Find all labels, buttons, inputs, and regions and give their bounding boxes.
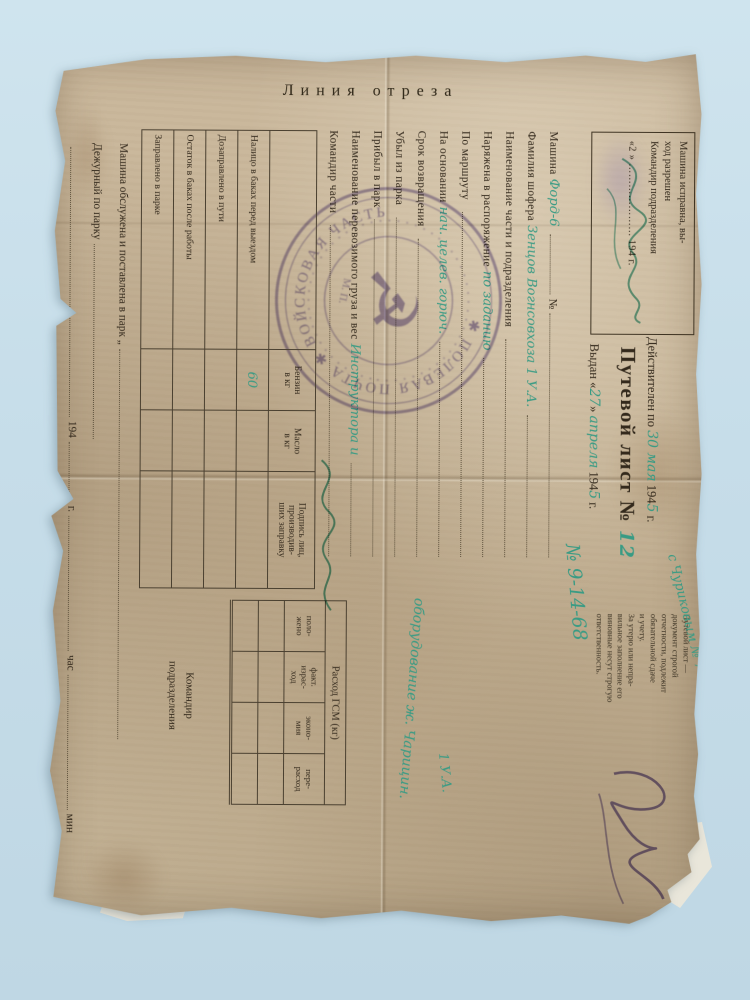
fuel-cell (171, 470, 204, 587)
fuel-cell (203, 471, 236, 588)
service-year: 194 (65, 420, 77, 437)
issued-label: Выдан « (587, 343, 601, 388)
gsm-empty-row (230, 600, 258, 804)
field-label: По маршруту (459, 130, 471, 199)
field-label: Машина (547, 131, 559, 174)
field-handwriting: Форд-6 (545, 178, 560, 226)
fuel-cell (236, 410, 268, 471)
col-header-benzin: Бензин в кг (268, 349, 315, 410)
gsm-cell (230, 651, 257, 702)
issued-month-handwriting: апреля (585, 415, 601, 468)
fuel-cell (139, 470, 172, 587)
fuel-row: Заправлено в парке (139, 129, 173, 587)
fuel-cell (140, 348, 172, 409)
issued-year-handwriting: 5 (585, 490, 601, 499)
issued-year: 194 (586, 471, 600, 490)
service-label: Машина обслужена и поставлена в парк „ (116, 143, 129, 345)
dotted-leader (67, 515, 79, 650)
dotted-leader (350, 463, 363, 556)
issued-day-handwriting: 27 (585, 388, 601, 406)
fuel-cell (172, 409, 204, 470)
waybill-number-handwriting: 12 (615, 529, 637, 559)
handwriting-cargo-continuation: оборудование ж. Чарицин. (395, 597, 426, 799)
valid-year-handwriting: 5 (643, 503, 659, 512)
hour-label: час (64, 654, 76, 670)
fuel-cell (204, 349, 236, 410)
purple-signature (583, 753, 694, 914)
row-label: Дозаправлено в пути (204, 130, 237, 349)
gsm-col-actual: факт. израс- ход (283, 651, 324, 702)
gsm-cell (257, 753, 283, 804)
issued-quote: » (586, 406, 600, 412)
field-machine: Машина Форд-6 № (539, 131, 563, 561)
dotted-leader (117, 348, 132, 738)
paper: Линия отреза Машина исправна, вы- ход ра… (46, 50, 706, 923)
service-line: Машина обслужена и поставлена в парк „ (114, 143, 133, 743)
service-date-line: 194 г. час мин (63, 142, 81, 832)
dotted-leader (504, 339, 518, 557)
gsm-empty-row (257, 600, 284, 804)
dotted-leader (68, 146, 80, 416)
gsm-cell (230, 702, 257, 753)
valid-label: Действителен по (644, 336, 658, 426)
document-title: Путевой лист № 12 (614, 346, 640, 559)
valid-year-suffix: г. (644, 515, 658, 522)
commander-signature-block: Командир подразделения (163, 607, 197, 783)
valid-until-line: Действителен по 30 мая 1945 г. (643, 336, 660, 522)
field-handwriting: Зенцов Вогнсовхоза 1 У.А. (522, 225, 538, 407)
fuel-cell (204, 410, 236, 471)
paper-stain (80, 838, 166, 914)
dotted-leader (66, 674, 78, 809)
row-label: Остаток в баках после работы (172, 129, 205, 348)
gsm-col-overrun: пере- расход (283, 753, 324, 804)
dotted-leader (549, 234, 562, 294)
gsm-col-economy: эконо- мия (283, 702, 324, 753)
dotted-leader (548, 313, 562, 557)
valid-date-handwriting: 30 мая (643, 430, 659, 482)
photo-background: Линия отреза Машина исправна, вы- ход ра… (0, 0, 750, 1000)
handwriting-army-note: 1 У.А. (435, 752, 454, 793)
gsm-consumption-table: Расход ГСМ (кг) поло- жено факт. израс- … (228, 599, 346, 805)
dotted-leader (526, 415, 540, 557)
gsm-header-row: поло- жено факт. израс- ход эконо- мия п… (283, 600, 325, 804)
fuel-corner-cell (268, 130, 316, 349)
field-driver-name: Фамилия шофера Зенцов Вогнсовхоза 1 У.А. (517, 131, 541, 561)
fuel-cell (172, 348, 204, 409)
row-label: Заправлено в парке (140, 129, 173, 348)
fuel-row: Остаток в баках после работы (171, 129, 205, 587)
green-signature (290, 452, 351, 622)
row-label: Налицо в баках перед выездом (236, 130, 269, 349)
gsm-title: Расход ГСМ (кг) (324, 600, 346, 804)
fuel-row: Налицо в баках перед выездом 60 (235, 130, 269, 588)
dotted-leader (92, 243, 106, 438)
gsm-cell (258, 600, 284, 651)
park-duty-line: Дежурный по парку (89, 143, 107, 443)
gsm-cell (257, 702, 283, 753)
minute-label: мин (63, 813, 75, 832)
cut-line-label: Линия отреза (270, 81, 470, 106)
field-label-number: № (546, 298, 558, 309)
duty-label: Дежурный по парку (90, 143, 103, 240)
valid-year: 194 (644, 484, 658, 503)
fuel-table: Бензин в кг Масло в кг Подпись лиц, прои… (138, 129, 316, 589)
fuel-cell (235, 471, 268, 588)
dotted-leader (68, 441, 79, 501)
title-label: Путевой лист № (615, 346, 640, 523)
fuel-cell (140, 409, 172, 470)
issued-year-suffix: г. (586, 502, 600, 509)
vehicle-registration-handwriting: № 9-14-68 (561, 542, 591, 641)
gsm-cell (230, 753, 257, 804)
issued-line: Выдан «27» апреля 1945 г. (585, 343, 602, 509)
permission-line: Машина исправна, вы- (676, 141, 688, 243)
soviet-emblem-icon: ☭ (344, 260, 436, 340)
fuel-row: Дозаправлено в пути (203, 130, 237, 588)
green-ink-scribble (596, 148, 677, 328)
fuel-value-handwriting: 60 (244, 371, 259, 388)
waybill-document: Линия отреза Машина исправна, вы- ход ра… (46, 50, 706, 923)
gsm-cell (231, 600, 258, 651)
service-year-suffix: г. (65, 505, 77, 511)
gsm-cell (257, 651, 283, 702)
